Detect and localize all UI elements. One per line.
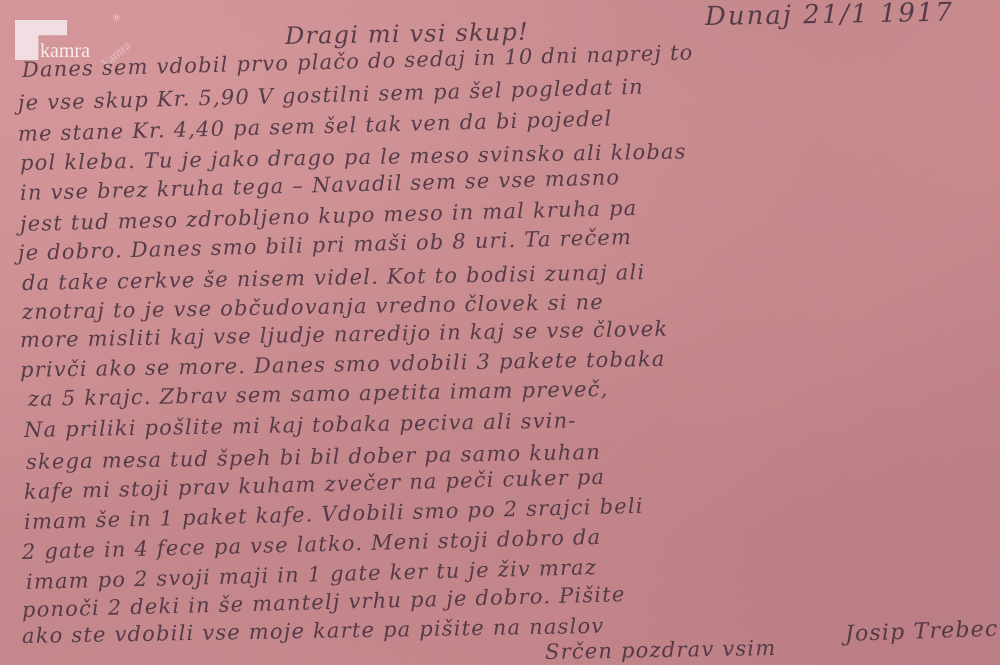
registered-mark: ®: [112, 14, 121, 24]
closing: Srčen pozdrav vsim: [545, 636, 777, 664]
place-date: Dunaj 21/1 1917: [705, 0, 954, 32]
signature: Josip Trebec: [845, 617, 999, 647]
